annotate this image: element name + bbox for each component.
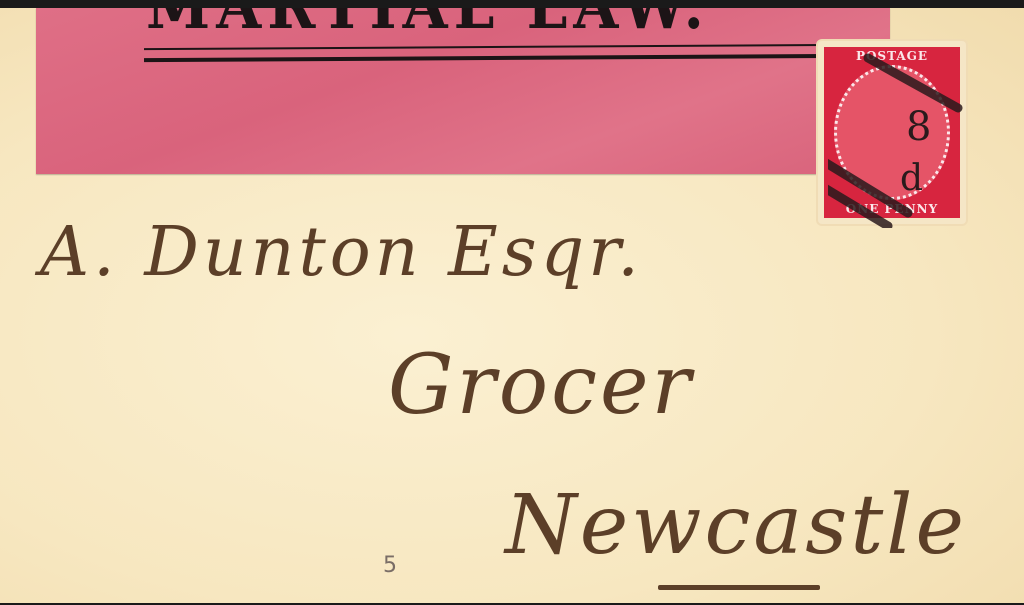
town-underline <box>658 585 820 590</box>
stamp-portrait <box>834 65 950 200</box>
envelope: MARTIAL LAW. POSTAGE ONE PENNY 8 d A. Du… <box>0 8 1024 603</box>
censor-label: MARTIAL LAW. <box>36 8 890 174</box>
address-line-name: A. Dunton Esqr. <box>40 213 643 292</box>
stamp-bottom-text: ONE PENNY <box>846 200 938 218</box>
pencil-mark: 5 <box>383 553 397 578</box>
address-line-occupation: Grocer <box>388 338 694 433</box>
address-line-town: Newcastle <box>505 478 967 573</box>
label-rule-thick <box>144 54 846 62</box>
label-rule-thin <box>144 44 846 50</box>
censor-label-title: MARTIAL LAW. <box>146 8 710 43</box>
postage-stamp: POSTAGE ONE PENNY <box>818 41 966 224</box>
stamp-top-text: POSTAGE <box>856 47 928 65</box>
